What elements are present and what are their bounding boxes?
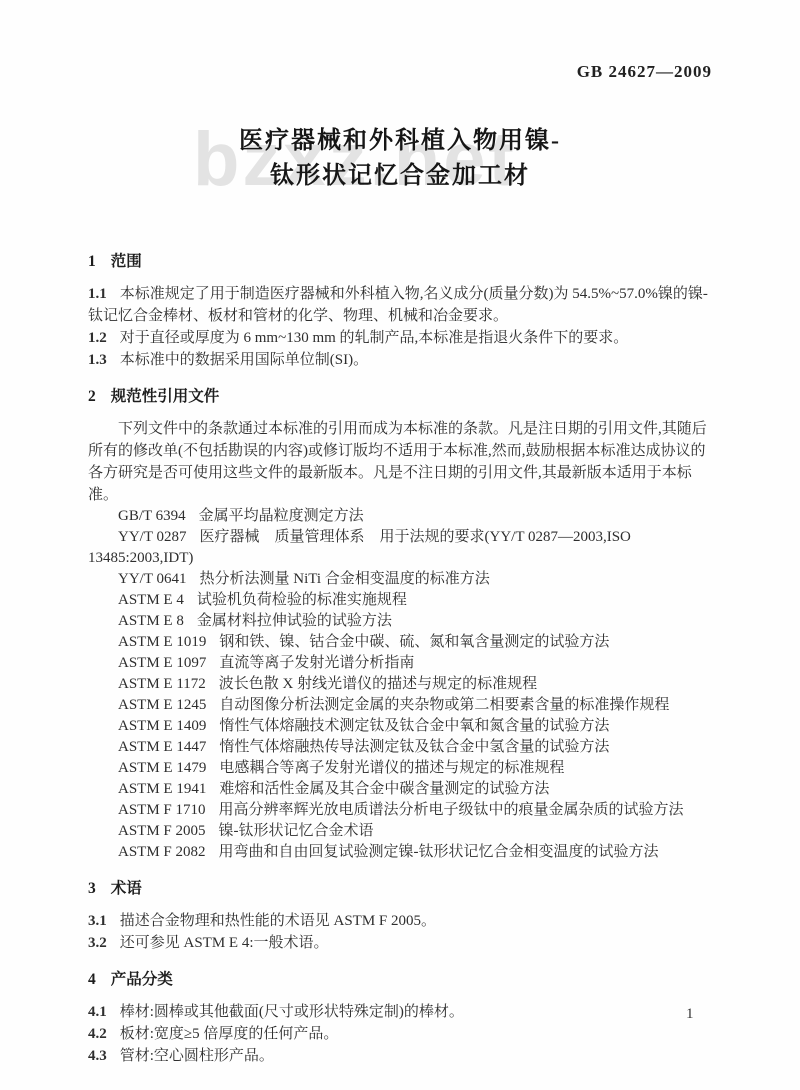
clause-text: 对于直径或厚度为 6 mm~130 mm 的轧制产品,本标准是指退火条件下的要求…	[120, 330, 629, 346]
reference-item: ASTM E 4试验机负荷检验的标准实施规程	[88, 590, 716, 611]
reference-item: ASTM F 2082用弯曲和自由回复试验测定镍-钛形状记忆合金相变温度的试验方…	[88, 842, 716, 863]
reference-item: ASTM F 1710用高分辨率辉光放电质谱法分析电子级钛中的痕量金属杂质的试验…	[88, 800, 716, 821]
section-number: 1	[88, 253, 96, 270]
reference-code: ASTM E 1245	[118, 697, 206, 713]
reference-title: 热分析法测量 NiTi 合金相变温度的标准方法	[199, 571, 489, 587]
reference-item: ASTM E 1479电感耦合等离子发射光谱仪的描述与规定的标准规程	[88, 758, 716, 779]
clause: 4.1棒材:圆棒或其他截面(尺寸或形状特殊定制)的棒材。	[88, 1001, 716, 1023]
document-title: 医疗器械和外科植入物用镍- 钛形状记忆合金加工材	[0, 124, 800, 194]
reference-code: ASTM F 1710	[118, 802, 206, 818]
standard-number: GB 24627—2009	[0, 0, 800, 82]
reference-item: YY/T 0641热分析法测量 NiTi 合金相变温度的标准方法	[88, 569, 716, 590]
references-intro: 下列文件中的条款通过本标准的引用而成为本标准的条款。凡是注日期的引用文件,其随后…	[88, 418, 716, 506]
reference-item: ASTM E 1097直流等离子发射光谱分析指南	[88, 653, 716, 674]
title-block: bzxz.net 医疗器械和外科植入物用镍- 钛形状记忆合金加工材	[0, 124, 800, 216]
reference-title: 直流等离子发射光谱分析指南	[219, 655, 414, 671]
reference-title: 钢和铁、镍、钴合金中碳、硫、氮和氧含量测定的试验方法	[219, 634, 609, 650]
clause-text: 还可参见 ASTM E 4:一般术语。	[120, 935, 329, 951]
reference-code: YY/T 0287	[118, 529, 186, 545]
reference-title: 电感耦合等离子发射光谱仪的描述与规定的标准规程	[219, 760, 564, 776]
section-number: 4	[88, 971, 96, 988]
reference-code: ASTM E 1409	[118, 718, 206, 734]
terms-clauses: 3.1描述合金物理和热性能的术语见 ASTM F 2005。 3.2还可参见 A…	[88, 910, 716, 954]
reference-title: 惰性气体熔融热传导法测定钛及钛合金中氢含量的试验方法	[219, 739, 609, 755]
clause-text: 管材:空心圆柱形产品。	[120, 1048, 274, 1064]
section-heading-references: 2规范性引用文件	[88, 385, 716, 408]
reference-item: ASTM E 1409惰性气体熔融技术测定钛及钛合金中氧和氮含量的试验方法	[88, 716, 716, 737]
reference-item: ASTM E 8金属材料拉伸试验的试验方法	[88, 611, 716, 632]
clause-text: 本标准中的数据采用国际单位制(SI)。	[120, 352, 368, 368]
document-content: 1范围 1.1本标准规定了用于制造医疗器械和外科植入物,名义成分(质量分数)为 …	[0, 250, 800, 1067]
reference-title: 用弯曲和自由回复试验测定镍-钛形状记忆合金相变温度的试验方法	[219, 844, 659, 860]
clause: 4.2板材:宽度≥5 倍厚度的任何产品。	[88, 1023, 716, 1045]
document-title-line2: 钛形状记忆合金加工材	[0, 159, 800, 194]
section-number: 2	[88, 388, 96, 405]
section-heading-classification: 4产品分类	[88, 968, 716, 991]
reference-title: 镍-钛形状记忆合金术语	[219, 823, 374, 839]
reference-code: ASTM E 4	[118, 592, 184, 608]
reference-title: 惰性气体熔融技术测定钛及钛合金中氧和氮含量的试验方法	[219, 718, 609, 734]
clause-number: 1.3	[88, 352, 107, 368]
reference-item: GB/T 6394金属平均晶粒度测定方法	[88, 506, 716, 527]
reference-title: 难熔和活性金属及其合金中碳含量测定的试验方法	[219, 781, 549, 797]
clause-text: 棒材:圆棒或其他截面(尺寸或形状特殊定制)的棒材。	[120, 1004, 464, 1020]
document-page: GB 24627—2009 bzxz.net 医疗器械和外科植入物用镍- 钛形状…	[0, 0, 800, 1090]
section-number: 3	[88, 880, 96, 897]
reference-code: ASTM F 2005	[118, 823, 206, 839]
section-heading-terms: 3术语	[88, 877, 716, 900]
clause-text: 描述合金物理和热性能的术语见 ASTM F 2005。	[120, 913, 436, 929]
clause-number: 3.1	[88, 913, 107, 929]
reference-code: ASTM E 8	[118, 613, 184, 629]
reference-item: ASTM E 1447惰性气体熔融热传导法测定钛及钛合金中氢含量的试验方法	[88, 737, 716, 758]
clause-text: 板材:宽度≥5 倍厚度的任何产品。	[120, 1026, 339, 1042]
reference-item: ASTM F 2005镍-钛形状记忆合金术语	[88, 821, 716, 842]
clause: 1.1本标准规定了用于制造医疗器械和外科植入物,名义成分(质量分数)为 54.5…	[88, 283, 716, 327]
clause-number: 3.2	[88, 935, 107, 951]
reference-code: ASTM E 1941	[118, 781, 206, 797]
reference-code: ASTM E 1447	[118, 739, 206, 755]
reference-title: 金属平均晶粒度测定方法	[199, 508, 364, 524]
reference-code: YY/T 0641	[118, 571, 186, 587]
reference-title: 用高分辨率辉光放电质谱法分析电子级钛中的痕量金属杂质的试验方法	[219, 802, 684, 818]
clause-text: 本标准规定了用于制造医疗器械和外科植入物,名义成分(质量分数)为 54.5%~5…	[88, 286, 708, 324]
section-title: 范围	[111, 253, 142, 270]
reference-title: 金属材料拉伸试验的试验方法	[197, 613, 392, 629]
clause-number: 4.1	[88, 1004, 107, 1020]
reference-item: ASTM E 1941难熔和活性金属及其合金中碳含量测定的试验方法	[88, 779, 716, 800]
reference-item: ASTM E 1019钢和铁、镍、钴合金中碳、硫、氮和氧含量测定的试验方法	[88, 632, 716, 653]
section-title: 产品分类	[111, 971, 173, 988]
clause-number: 1.1	[88, 286, 107, 302]
reference-item: ASTM E 1172波长色散 X 射线光谱仪的描述与规定的标准规程	[88, 674, 716, 695]
reference-title: 波长色散 X 射线光谱仪的描述与规定的标准规程	[219, 676, 537, 692]
reference-title: 试验机负荷检验的标准实施规程	[197, 592, 407, 608]
reference-code: ASTM E 1019	[118, 634, 206, 650]
clause: 3.1描述合金物理和热性能的术语见 ASTM F 2005。	[88, 910, 716, 932]
classification-clauses: 4.1棒材:圆棒或其他截面(尺寸或形状特殊定制)的棒材。 4.2板材:宽度≥5 …	[88, 1001, 716, 1067]
reference-code: ASTM E 1172	[118, 676, 206, 692]
reference-item: YY/T 0287医疗器械 质量管理体系 用于法规的要求(YY/T 0287—2…	[88, 527, 716, 569]
reference-code: ASTM E 1479	[118, 760, 206, 776]
section-heading-scope: 1范围	[88, 250, 716, 273]
clause: 4.3管材:空心圆柱形产品。	[88, 1045, 716, 1067]
clause: 3.2还可参见 ASTM E 4:一般术语。	[88, 932, 716, 954]
reference-code: ASTM E 1097	[118, 655, 206, 671]
section-title: 规范性引用文件	[111, 388, 220, 405]
clause-number: 4.3	[88, 1048, 107, 1064]
scope-clauses: 1.1本标准规定了用于制造医疗器械和外科植入物,名义成分(质量分数)为 54.5…	[88, 283, 716, 371]
section-title: 术语	[111, 880, 142, 897]
reference-code: ASTM F 2082	[118, 844, 206, 860]
references-list: GB/T 6394金属平均晶粒度测定方法 YY/T 0287医疗器械 质量管理体…	[88, 506, 716, 863]
clause: 1.3本标准中的数据采用国际单位制(SI)。	[88, 349, 716, 371]
reference-code: GB/T 6394	[118, 508, 186, 524]
document-title-line1: 医疗器械和外科植入物用镍-	[0, 124, 800, 159]
clause-number: 1.2	[88, 330, 107, 346]
reference-title: 自动图像分析法测定金属的夹杂物或第二相要素含量的标准操作规程	[219, 697, 669, 713]
clause-number: 4.2	[88, 1026, 107, 1042]
reference-item: ASTM E 1245自动图像分析法测定金属的夹杂物或第二相要素含量的标准操作规…	[88, 695, 716, 716]
clause: 1.2对于直径或厚度为 6 mm~130 mm 的轧制产品,本标准是指退火条件下…	[88, 327, 716, 349]
